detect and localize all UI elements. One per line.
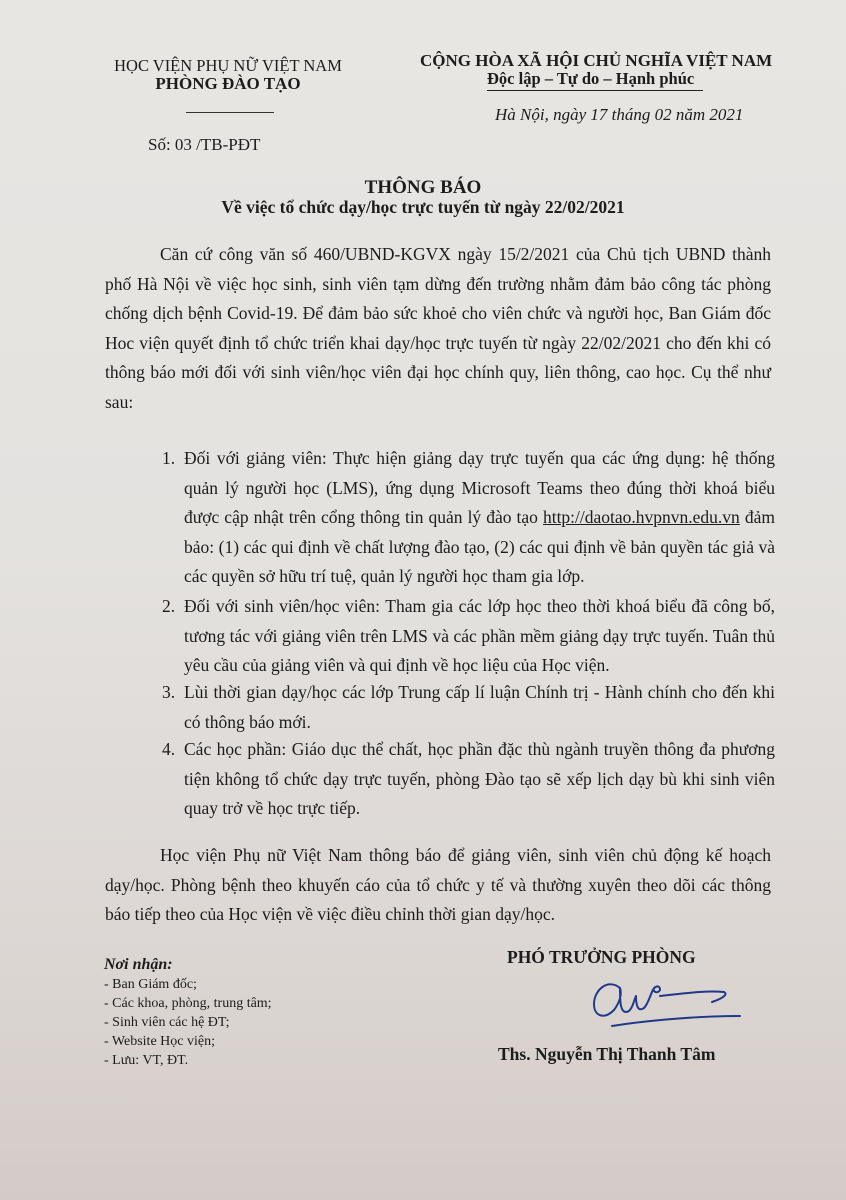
recipients-list: - Ban Giám đốc; - Các khoa, phòng, trung… [104,975,272,1070]
motto-underline [487,90,703,91]
signer-position: PHÓ TRƯỞNG PHÒNG [507,947,696,968]
national-motto: Độc lập – Tự do – Hạnh phúc [487,69,694,89]
intro-paragraph: Căn cứ công văn số 460/UBND-KGVX ngày 15… [105,240,771,417]
recipient-item: - Ban Giám đốc; [104,975,272,994]
document-number: Số: 03 /TB-PĐT [148,135,260,155]
list-item: 4. Các học phần: Giáo dục thể chất, học … [162,735,775,824]
instruction-list-item-3: 3. Lùi thời gian dạy/học các lớp Trung c… [162,678,775,737]
item-number: 1. [162,444,175,474]
closing-paragraph: Học viện Phụ nữ Việt Nam thông báo để gi… [105,841,771,930]
document-title: THÔNG BÁO [0,177,846,199]
handwritten-signature-icon [590,970,750,1032]
list-item: 3. Lùi thời gian dạy/học các lớp Trung c… [162,678,775,737]
item-text: Các học phần: Giáo dục thể chất, học phầ… [184,739,775,818]
organization-department: PHÒNG ĐÀO TẠO [108,74,348,94]
document-subject: Về việc tổ chức dạy/học trực tuyến từ ng… [0,197,846,218]
place-and-date: Hà Nội, ngày 17 tháng 02 năm 2021 [495,105,743,125]
list-item: 2. Đối với sinh viên/học viên: Tham gia … [162,592,775,681]
intro-text: Căn cứ công văn số 460/UBND-KGVX ngày 15… [105,240,771,417]
item-number: 3. [162,678,175,708]
instruction-list-item-1: 1. Đối với giảng viên: Thực hiện giảng d… [162,444,775,592]
recipient-item: - Sinh viên các hệ ĐT; [104,1013,272,1032]
list-item: 1. Đối với giảng viên: Thực hiện giảng d… [162,444,775,592]
item-number: 4. [162,735,175,765]
document-page: HỌC VIỆN PHỤ NỮ VIỆT NAM PHÒNG ĐÀO TẠO S… [0,0,846,1200]
header-divider [186,112,274,113]
signer-name: Ths. Nguyễn Thị Thanh Tâm [498,1044,715,1065]
recipient-item: - Lưu: VT, ĐT. [104,1051,272,1070]
item-text: Lùi thời gian dạy/học các lớp Trung cấp … [184,682,775,732]
item-text: Đối với sinh viên/học viên: Tham gia các… [184,596,775,675]
organization-parent: HỌC VIỆN PHỤ NỮ VIỆT NAM [108,56,348,76]
recipients-title: Nơi nhận: [104,956,173,974]
item-number: 2. [162,592,175,622]
closing-text: Học viện Phụ nữ Việt Nam thông báo để gi… [105,841,771,930]
recipient-item: - Website Học viện; [104,1032,272,1051]
national-title: CỘNG HÒA XÃ HỘI CHỦ NGHĨA VIỆT NAM [420,51,772,71]
instruction-list-item-2: 2. Đối với sinh viên/học viên: Tham gia … [162,592,775,681]
recipient-item: - Các khoa, phòng, trung tâm; [104,994,272,1013]
instruction-list-item-4: 4. Các học phần: Giáo dục thể chất, học … [162,735,775,824]
training-portal-link[interactable]: http://daotao.hvpnvn.edu.vn [543,507,740,527]
